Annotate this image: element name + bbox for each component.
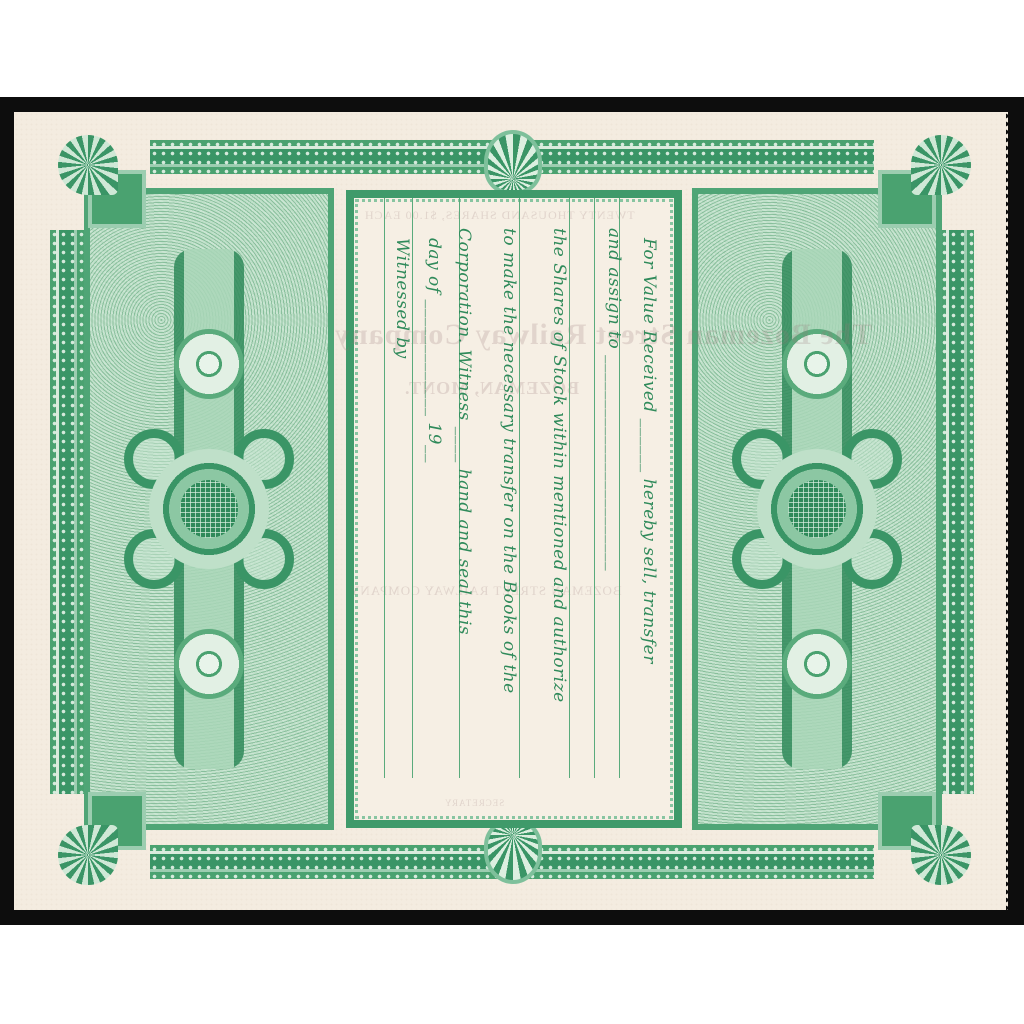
assignment-text-line: day of _____________ 19__ — [424, 238, 444, 463]
corner-fan-ornament-icon — [866, 780, 976, 890]
right-guilloche-panel — [692, 188, 942, 830]
assignment-text-line: For Value Received ______ hereby sell, t… — [639, 238, 659, 664]
perforated-edge — [1006, 112, 1012, 910]
flower-ornament-icon — [174, 629, 244, 699]
left-ornament — [124, 229, 294, 789]
flower-ornament-icon — [174, 329, 244, 399]
assignment-panel: TWENTY THOUSAND SHARES, $1.00 EACH The B… — [346, 190, 682, 828]
assignment-text-line: and assign to ________________________ — [604, 228, 624, 571]
corner-fan-ornament-icon — [866, 130, 976, 240]
writing-line — [519, 198, 520, 778]
shell-ornament-icon — [484, 820, 542, 884]
frame-border-right — [940, 230, 974, 794]
writing-line — [569, 198, 570, 778]
writing-line — [384, 198, 385, 778]
corner-fan-ornament-icon — [48, 780, 158, 890]
flower-ornament-icon — [782, 629, 852, 699]
bleed-through-seal-line: BOZEMAN STREET RAILWAY COMPANY — [349, 583, 622, 599]
writing-line — [412, 198, 413, 778]
bleed-through-small-line: SECRETARY — [444, 798, 504, 808]
assignment-text-line: to make the necessary transfer on the Bo… — [499, 228, 519, 694]
assignment-text-line: the Shares of Stock within mentioned and… — [549, 228, 569, 703]
corner-fan-ornament-icon — [48, 130, 158, 240]
writing-line — [594, 198, 595, 778]
frame-border-left — [50, 230, 84, 794]
shell-ornament-icon — [484, 130, 542, 194]
assignment-text-line: Corporation. Witness ____ hand and seal … — [454, 228, 474, 635]
left-guilloche-panel — [84, 188, 334, 830]
right-ornament — [732, 229, 902, 789]
assignment-text-line: Witnessed by — [392, 238, 412, 359]
